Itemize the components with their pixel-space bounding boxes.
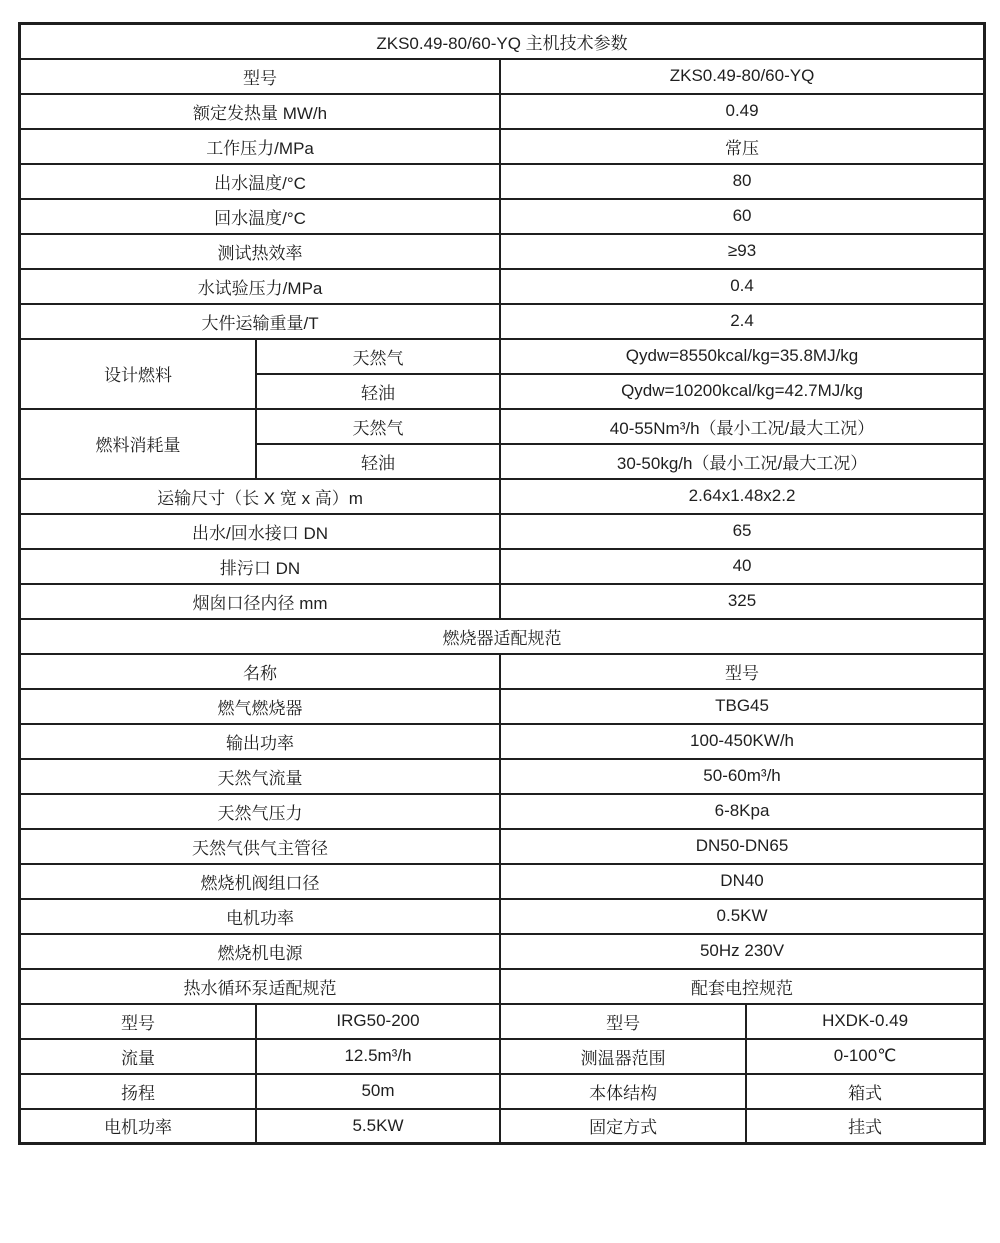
- fuel-value: 40-55Nm³/h（最小工况/最大工况）: [500, 409, 984, 444]
- table-row: 扬程 50m 本体结构 箱式: [20, 1074, 985, 1109]
- row-value: 0.4: [500, 269, 984, 304]
- table-row: 流量 12.5m³/h 测温器范围 0-100℃: [20, 1039, 985, 1074]
- row-label: 烟囱口径内径 mm: [20, 584, 501, 619]
- table-row: 燃料消耗量 天然气 40-55Nm³/h（最小工况/最大工况）: [20, 409, 985, 444]
- row-value: 0.49: [500, 94, 984, 129]
- row-label: 回水温度/°C: [20, 199, 501, 234]
- control-value: 0-100℃: [746, 1039, 984, 1074]
- table-row: 燃气燃烧器 TBG45: [20, 689, 985, 724]
- table-row: 出水/回水接口 DN 65: [20, 514, 985, 549]
- table-row: 输出功率 100-450KW/h: [20, 724, 985, 759]
- table-row: 水试验压力/MPa 0.4: [20, 269, 985, 304]
- row-value: TBG45: [500, 689, 984, 724]
- table-row: 天然气流量 50-60m³/h: [20, 759, 985, 794]
- fuel-group-label: 燃料消耗量: [20, 409, 256, 479]
- section-header-row: 热水循环泵适配规范 配套电控规范: [20, 969, 985, 1004]
- row-label: 天然气压力: [20, 794, 501, 829]
- row-value: 100-450KW/h: [500, 724, 984, 759]
- pump-value: 12.5m³/h: [256, 1039, 500, 1074]
- row-value: DN50-DN65: [500, 829, 984, 864]
- pump-label: 型号: [20, 1004, 256, 1039]
- row-value: 50Hz 230V: [500, 934, 984, 969]
- row-value: 65: [500, 514, 984, 549]
- row-value: 2.64x1.48x2.2: [500, 479, 984, 514]
- table-row: 电机功率 5.5KW 固定方式 挂式: [20, 1109, 985, 1144]
- row-label: 运输尺寸（长 X 宽 x 高）m: [20, 479, 501, 514]
- burner-section-header: 燃烧器适配规范: [20, 619, 985, 654]
- table-row: 燃烧机阀组口径 DN40: [20, 864, 985, 899]
- page: ZKS0.49-80/60-YQ 主机技术参数 型号 ZKS0.49-80/60…: [0, 0, 1000, 1243]
- table-row: 回水温度/°C 60: [20, 199, 985, 234]
- spec-table: ZKS0.49-80/60-YQ 主机技术参数 型号 ZKS0.49-80/60…: [18, 22, 986, 1145]
- row-label: 燃气燃烧器: [20, 689, 501, 724]
- fuel-value: Qydw=8550kcal/kg=35.8MJ/kg: [500, 339, 984, 374]
- pump-value: 5.5KW: [256, 1109, 500, 1144]
- pump-label: 流量: [20, 1039, 256, 1074]
- row-label: 测试热效率: [20, 234, 501, 269]
- table-row: 电机功率 0.5KW: [20, 899, 985, 934]
- row-value: 2.4: [500, 304, 984, 339]
- fuel-sub-label: 轻油: [256, 374, 500, 409]
- control-section-header: 配套电控规范: [500, 969, 984, 1004]
- table-row: 烟囱口径内径 mm 325: [20, 584, 985, 619]
- row-value: 325: [500, 584, 984, 619]
- pump-label: 电机功率: [20, 1109, 256, 1144]
- row-label: 天然气流量: [20, 759, 501, 794]
- row-label: 额定发热量 MW/h: [20, 94, 501, 129]
- row-label: 名称: [20, 654, 501, 689]
- fuel-sub-label: 天然气: [256, 339, 500, 374]
- control-label: 本体结构: [500, 1074, 746, 1109]
- table-title: ZKS0.49-80/60-YQ 主机技术参数: [20, 24, 985, 59]
- row-value: ZKS0.49-80/60-YQ: [500, 59, 984, 94]
- row-value: 50-60m³/h: [500, 759, 984, 794]
- section-header-row: 燃烧器适配规范: [20, 619, 985, 654]
- row-label: 电机功率: [20, 899, 501, 934]
- row-value: 常压: [500, 129, 984, 164]
- control-label: 固定方式: [500, 1109, 746, 1144]
- pump-section-header: 热水循环泵适配规范: [20, 969, 501, 1004]
- row-label: 天然气供气主管径: [20, 829, 501, 864]
- control-value: 箱式: [746, 1074, 984, 1109]
- table-row: 额定发热量 MW/h 0.49: [20, 94, 985, 129]
- table-row: 型号 ZKS0.49-80/60-YQ: [20, 59, 985, 94]
- table-row: 工作压力/MPa 常压: [20, 129, 985, 164]
- row-label: 排污口 DN: [20, 549, 501, 584]
- row-value: ≥93: [500, 234, 984, 269]
- control-value: 挂式: [746, 1109, 984, 1144]
- table-row: 燃烧机电源 50Hz 230V: [20, 934, 985, 969]
- pump-label: 扬程: [20, 1074, 256, 1109]
- table-row: 大件运输重量/T 2.4: [20, 304, 985, 339]
- fuel-value: Qydw=10200kcal/kg=42.7MJ/kg: [500, 374, 984, 409]
- row-value: DN40: [500, 864, 984, 899]
- row-value: 40: [500, 549, 984, 584]
- row-value: 6-8Kpa: [500, 794, 984, 829]
- pump-value: IRG50-200: [256, 1004, 500, 1039]
- control-label: 型号: [500, 1004, 746, 1039]
- table-row: 运输尺寸（长 X 宽 x 高）m 2.64x1.48x2.2: [20, 479, 985, 514]
- pump-value: 50m: [256, 1074, 500, 1109]
- row-label: 型号: [20, 59, 501, 94]
- row-label: 工作压力/MPa: [20, 129, 501, 164]
- control-label: 测温器范围: [500, 1039, 746, 1074]
- row-value: 60: [500, 199, 984, 234]
- table-row: 天然气供气主管径 DN50-DN65: [20, 829, 985, 864]
- fuel-group-label: 设计燃料: [20, 339, 256, 409]
- table-row: 排污口 DN 40: [20, 549, 985, 584]
- row-value: 型号: [500, 654, 984, 689]
- fuel-sub-label: 轻油: [256, 444, 500, 479]
- row-label: 输出功率: [20, 724, 501, 759]
- row-label: 燃烧机电源: [20, 934, 501, 969]
- fuel-value: 30-50kg/h（最小工况/最大工况）: [500, 444, 984, 479]
- row-value: 0.5KW: [500, 899, 984, 934]
- title-row: ZKS0.49-80/60-YQ 主机技术参数: [20, 24, 985, 59]
- table-row: 型号 IRG50-200 型号 HXDK-0.49: [20, 1004, 985, 1039]
- table-row: 名称 型号: [20, 654, 985, 689]
- table-row: 出水温度/°C 80: [20, 164, 985, 199]
- row-label: 出水温度/°C: [20, 164, 501, 199]
- table-row: 测试热效率 ≥93: [20, 234, 985, 269]
- table-row: 天然气压力 6-8Kpa: [20, 794, 985, 829]
- row-label: 燃烧机阀组口径: [20, 864, 501, 899]
- row-label: 出水/回水接口 DN: [20, 514, 501, 549]
- row-value: 80: [500, 164, 984, 199]
- table-row: 设计燃料 天然气 Qydw=8550kcal/kg=35.8MJ/kg: [20, 339, 985, 374]
- row-label: 水试验压力/MPa: [20, 269, 501, 304]
- control-value: HXDK-0.49: [746, 1004, 984, 1039]
- row-label: 大件运输重量/T: [20, 304, 501, 339]
- fuel-sub-label: 天然气: [256, 409, 500, 444]
